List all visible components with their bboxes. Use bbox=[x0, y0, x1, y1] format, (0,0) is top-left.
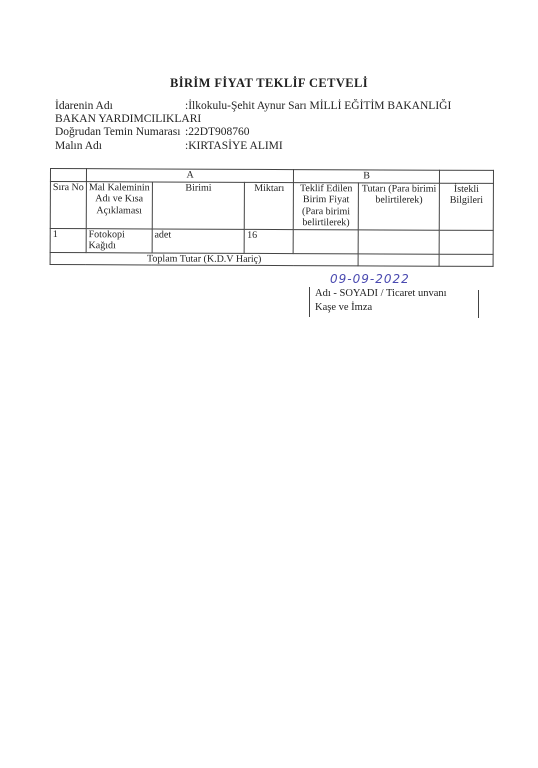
temin-value: :22DT908760 bbox=[185, 126, 250, 138]
document-title: BİRİM FİYAT TEKLİF CETVELİ bbox=[0, 76, 538, 91]
malin-row: Malın Adı:KIRTASİYE ALIMI bbox=[55, 140, 283, 153]
total-value bbox=[358, 253, 439, 266]
header-sira: Sıra No bbox=[50, 181, 86, 228]
cell-tutari bbox=[358, 229, 439, 253]
signature-block: Adı - SOYADI / Ticaret unvanı Kaşe ve İm… bbox=[309, 287, 485, 317]
header-teklif: Teklif Edilen Birim Fiyat (Para birimi b… bbox=[294, 182, 359, 229]
malin-label: Malın Adı bbox=[55, 140, 185, 153]
cell-miktari: 16 bbox=[245, 229, 294, 253]
empty-header-cell bbox=[439, 170, 493, 183]
total-empty-cell bbox=[439, 254, 493, 267]
group-b-header: B bbox=[294, 170, 440, 183]
cell-mal: Fotokopi Kağıdı bbox=[86, 228, 152, 252]
signature-name-line: Adı - SOYADI / Ticaret unvanı bbox=[315, 287, 485, 301]
handwritten-date: 09-09-2022 bbox=[330, 272, 410, 286]
header-tutari: Tutarı (Para birimi belirtilerek) bbox=[358, 182, 439, 229]
total-label: Toplam Tutar (K.D.V Hariç) bbox=[50, 252, 358, 266]
bid-table: A B Sıra No Mal Kaleminin Adı ve Kısa Aç… bbox=[50, 168, 494, 267]
cell-teklif bbox=[293, 229, 358, 253]
idare-value: :İlkokulu-Şehit Aynur Sarı MİLLİ EĞİTİM … bbox=[185, 100, 451, 112]
corner-cell bbox=[50, 169, 86, 182]
idare-continuation: BAKAN YARDIMCILIKLARI bbox=[55, 113, 201, 126]
temin-row: Doğrudan Temin Numarası:22DT908760 bbox=[55, 126, 250, 139]
idare-label: İdarenin Adı bbox=[55, 100, 185, 113]
header-mal: Mal Kaleminin Adı ve Kısa Açıklaması bbox=[86, 181, 152, 228]
signature-stamp-line: Kaşe ve İmza bbox=[315, 301, 485, 315]
cell-birimi: adet bbox=[152, 228, 245, 252]
malin-value: :KIRTASİYE ALIMI bbox=[185, 140, 283, 152]
cell-sira: 1 bbox=[50, 228, 86, 252]
group-a-header: A bbox=[86, 169, 293, 182]
temin-label: Doğrudan Temin Numarası bbox=[55, 126, 185, 139]
header-birimi: Birimi bbox=[152, 181, 245, 228]
header-miktari: Miktarı bbox=[245, 182, 294, 229]
idare-row: İdarenin Adı:İlkokulu-Şehit Aynur Sarı M… bbox=[55, 100, 451, 113]
table-row: 1 Fotokopi Kağıdı adet 16 bbox=[50, 228, 493, 254]
cell-istekli bbox=[439, 230, 493, 254]
header-istekli: İstekli Bilgileri bbox=[439, 183, 493, 230]
signature-right-border bbox=[478, 290, 479, 318]
